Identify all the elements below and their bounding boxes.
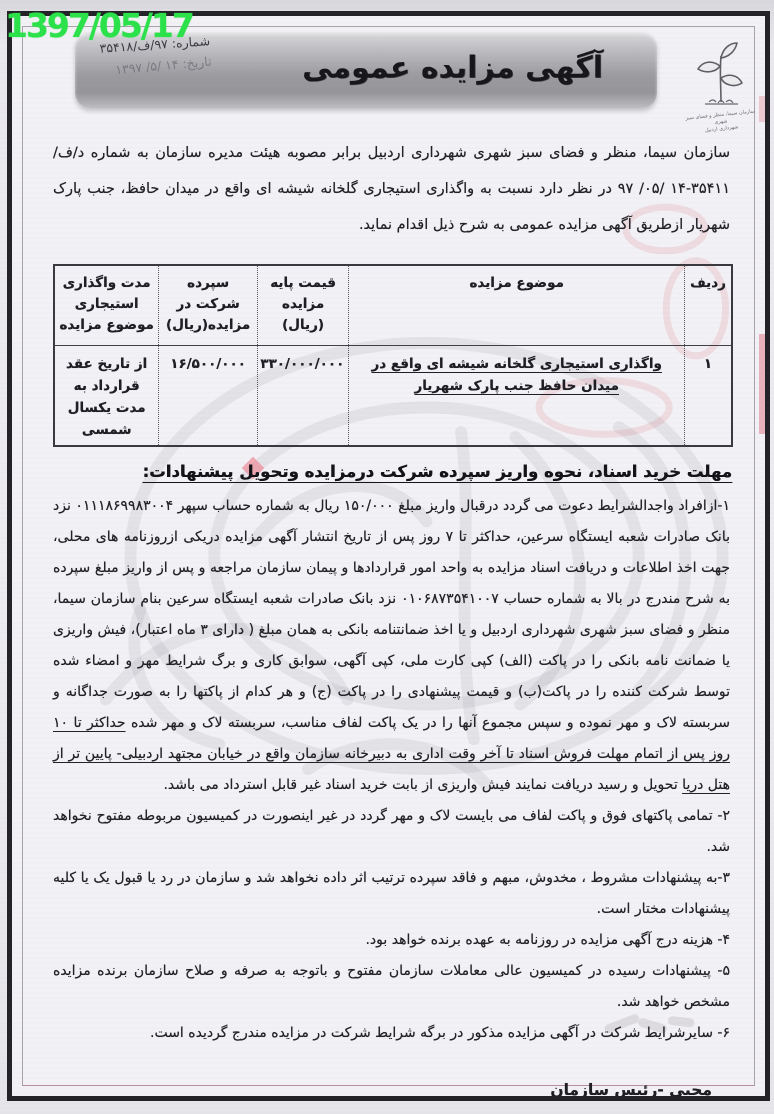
auction-table: ردیف موضوع مزایده قیمت پایه مزایده (ریال… bbox=[53, 264, 733, 447]
item-5: ۵- پیشنهادات رسیده در کمیسیون عالی معامل… bbox=[53, 956, 730, 1018]
table-header-row: ردیف موضوع مزایده قیمت پایه مزایده (ریال… bbox=[54, 265, 732, 346]
cell-duration: از تاریخ عقد قرارداد به مدت یکسال شمسی bbox=[54, 346, 159, 447]
header-subject: موضوع مزایده bbox=[349, 265, 685, 346]
plant-sprout-icon bbox=[691, 38, 751, 112]
cell-subject: واگذاری استیجاری گلخانه شیشه ای واقع در … bbox=[349, 346, 685, 447]
item-4: ۴- هزینه درج آگهی مزایده در روزنامه به ع… bbox=[53, 925, 730, 956]
item-2: ۲- تمامی پاکتهای فوق و پاکت لفاف می بایس… bbox=[53, 801, 730, 863]
item-6: ۶- سایرشرایط شرکت در آگهی مزایده مذکور د… bbox=[53, 1018, 730, 1049]
section-heading: مهلت خرید اسناد، نحوه واریز سپرده شرکت د… bbox=[47, 462, 732, 481]
header-deposit: سپرده شرکت در مزایده(ریال) bbox=[159, 265, 257, 346]
cell-row-no: ۱ bbox=[685, 346, 732, 447]
right-edge-pink-mark bbox=[759, 334, 767, 434]
logo-caption: سازمان سیما، منظر و فضای سبز شهری شهردار… bbox=[679, 108, 763, 137]
document-frame: شماره: ۹۷/ف/۳۵۴۱۸ تاریخ: ۱۴ /۵/ ۱۳۹۷ آگه… bbox=[7, 11, 770, 1101]
cell-deposit: ۱۶/۵۰۰/۰۰۰ bbox=[159, 346, 257, 447]
header-row-no: ردیف bbox=[685, 265, 732, 346]
item-1-text: ۱-ازافراد واجدالشرایط دعوت می گردد درقبا… bbox=[53, 498, 730, 731]
header-base-price: قیمت پایه مزایده (ریال) bbox=[257, 265, 349, 346]
scanned-document-page: 1397/05/17 bbox=[0, 0, 774, 1114]
signature: محبی -رئیس سازمان bbox=[47, 1081, 712, 1099]
page-title: آگهی مزایده عمومی bbox=[302, 50, 603, 85]
header-duration: مدت واگذاری استیجاری موضوع مزایده bbox=[54, 265, 159, 346]
item-1: ۱-ازافراد واجدالشرایط دعوت می گردد درقبا… bbox=[53, 491, 730, 801]
item-3: ۳-به پیشنهادات مشروط ، مخدوش، مبهم و فاق… bbox=[53, 863, 730, 925]
intro-paragraph: سازمان سیما، منظر و فضای سبز شهری شهردار… bbox=[53, 135, 730, 243]
org-logo: سازمان سیما، منظر و فضای سبز شهری شهردار… bbox=[680, 38, 762, 133]
item-1-tail-text: تحویل و رسید دریافت نمایند فیش واریزی از… bbox=[163, 777, 682, 793]
scan-date-overlay: 1397/05/17 bbox=[5, 6, 193, 45]
cell-base-price: ۳۳۰/۰۰۰/۰۰۰ bbox=[257, 346, 349, 447]
document-content: سازمان سیما، منظر و فضای سبز شهری شهردار… bbox=[47, 135, 734, 1099]
table-row: ۱ واگذاری استیجاری گلخانه شیشه ای واقع د… bbox=[54, 346, 732, 447]
